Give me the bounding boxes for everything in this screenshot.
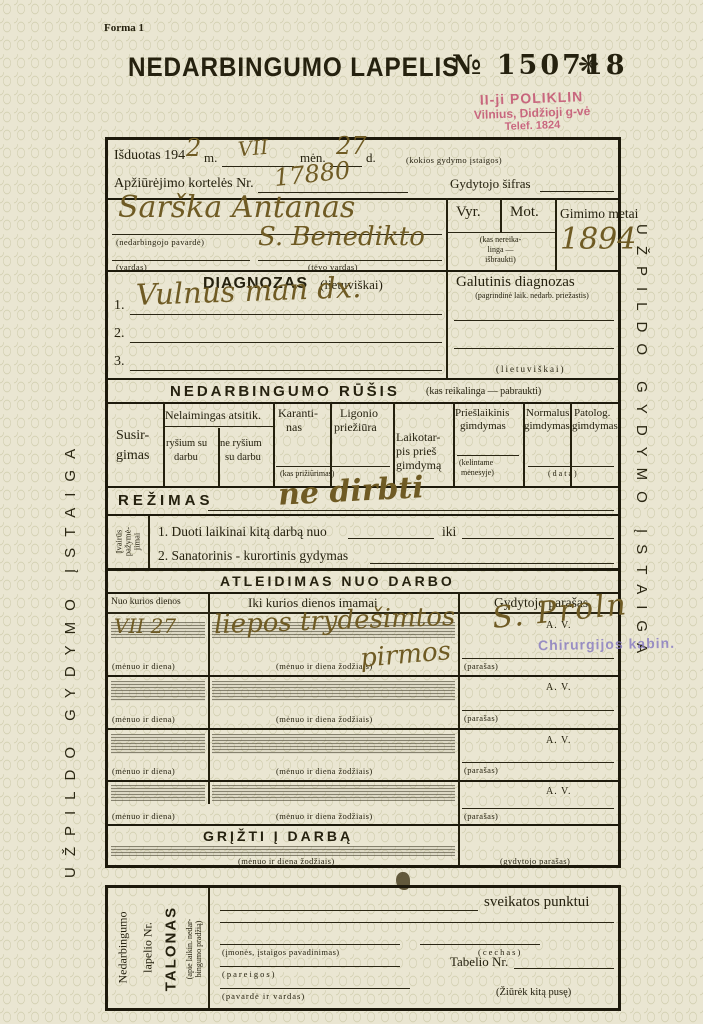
seal-abbrev: A. V. <box>546 682 571 693</box>
quarantine-line2: nas <box>286 420 302 435</box>
side-text-left: UŽPILDO GYDYMO ĮSTAIGA <box>62 242 79 878</box>
female-option: Mot. <box>510 204 539 221</box>
rule <box>163 426 273 427</box>
numero-sign: № <box>452 50 484 81</box>
patient-care-line2: priežiūra <box>334 420 377 435</box>
rule <box>220 922 614 923</box>
institution-note: (kokios gydymo įstaigos) <box>406 155 502 165</box>
snowflake-ornament-icon: ❋ <box>578 50 599 80</box>
company-name-note: (įmonės, įstaigos pavadinimas) <box>222 947 340 957</box>
hatched-field <box>212 681 455 701</box>
illness-cell-line1: Susir- <box>116 428 149 444</box>
rule <box>208 510 614 511</box>
which-month-note-line1: (kelintame <box>459 458 493 467</box>
handwritten-diagnosis: Vulnus man dx. <box>135 270 361 312</box>
not-work-related-line1: ne ryšium <box>220 438 262 449</box>
divider <box>108 780 618 782</box>
month-day-words-note: (mėnuo ir diena žodžiais) <box>276 661 373 671</box>
rule <box>220 988 410 989</box>
seal-abbrev: A. V. <box>546 786 571 797</box>
year-unit-label: m. <box>204 150 217 166</box>
month-day-words-note: (mėnuo ir diena žodžiais) <box>276 714 373 724</box>
rule <box>420 944 540 945</box>
birth-year-label: Gimimo metai <box>560 206 638 222</box>
return-to-work-title: GRĮŽTI Į DARBĄ <box>203 828 353 844</box>
pathological-birth-line2: gimdymas <box>572 420 618 432</box>
rule <box>348 538 434 539</box>
pathological-birth-line1: Patolog. <box>574 407 610 419</box>
rule <box>454 320 614 321</box>
handwritten-day: 27 <box>336 132 367 160</box>
final-diagnosis-note: (pagrindinė laik. nedarb. priežastis) <box>450 291 614 300</box>
talon-side-label1: Nedarbingumo <box>116 889 131 1007</box>
rule <box>462 658 614 659</box>
issued-label: Išduotas 194 <box>114 148 185 164</box>
which-month-note-line2: mėnesyje) <box>461 468 494 477</box>
quarantine-line1: Karanti- <box>278 406 318 421</box>
month-day-note: (mėnuo ir diena) <box>112 714 175 724</box>
handwritten-from-date: VII 27 <box>114 614 176 638</box>
signature-note: (parašas) <box>464 713 498 723</box>
incapacity-type-title: NEDARBINGUMO RŪŠIS <box>170 383 400 400</box>
divider <box>108 592 618 594</box>
hatched-field <box>111 681 205 701</box>
talon-title: TALONAS <box>163 890 180 1008</box>
rule <box>370 563 614 564</box>
divider <box>108 824 618 826</box>
final-diagnosis-title: Galutinis diagnozas <box>456 274 575 291</box>
rule <box>540 191 614 192</box>
handwritten-father-name: S. Benedikto <box>258 222 425 252</box>
divider <box>273 402 275 486</box>
health-point-label: sveikatos punktui <box>484 894 589 911</box>
final-diagnosis-foot: (lietuviškai) <box>496 364 566 374</box>
until-label: iki <box>442 524 456 540</box>
not-work-related-line2: su darbu <box>225 452 261 463</box>
signature-note: (parašas) <box>464 661 498 671</box>
strike-out-note: (kas nereika- linga — išbraukti) <box>446 235 555 265</box>
hatched-field <box>111 785 205 801</box>
rule <box>457 455 519 456</box>
signature-note: (parašas) <box>464 765 498 775</box>
position-note: (pareigos) <box>222 969 276 979</box>
from-day-column-header: Nuo kurios dienos <box>111 597 181 607</box>
handwritten-birth-year: 1894 <box>560 222 636 257</box>
work-related-line1: ryšium su <box>166 438 207 449</box>
divider <box>208 592 210 804</box>
rule <box>454 348 614 349</box>
sanatorium-line: 2. Sanatorinis - kurortinis gydymas <box>158 548 348 564</box>
talon-box: Nedarbingumo lapelio Nr. TALONAS (apie l… <box>105 885 621 1011</box>
handwritten-until-date-2: pirmos <box>359 636 452 674</box>
hatched-field <box>111 734 205 754</box>
handwritten-surname: Sarška Antanas <box>118 190 355 225</box>
premature-birth-line1: Priešlaikinis <box>455 407 509 419</box>
hatched-field <box>212 785 455 801</box>
divider <box>108 514 618 516</box>
divider <box>108 568 618 571</box>
rule <box>130 370 442 371</box>
month-day-note: (mėnuo ir diena) <box>112 811 175 821</box>
pre-birth-line1: Laikotar- <box>396 430 440 445</box>
divider <box>108 402 618 404</box>
patient-care-line1: Ligonio <box>340 406 378 421</box>
divider <box>108 675 618 677</box>
talon-side-note-line2: bingumo pradžią) <box>194 890 203 1008</box>
divider <box>148 516 150 568</box>
strike-note-line3: išbraukti) <box>446 255 555 265</box>
illness-cell-line2: gimas <box>116 448 149 464</box>
divider <box>500 198 502 232</box>
rule <box>446 232 557 233</box>
doctor-signature-note: (gydytojo parašas) <box>500 856 570 866</box>
document-number-value: 150718 <box>497 50 628 81</box>
diagnosis-line3-number: 3. <box>114 354 125 370</box>
premature-birth-line2: gimdymas <box>460 420 506 432</box>
other-work-line: 1. Duoti laikinai kitą darbą nuo <box>158 524 327 540</box>
divider <box>208 888 210 1008</box>
talon-side-note: (apie laikin. nedar- bingumo pradžią) <box>185 890 203 1008</box>
handwritten-card-number: 17880 <box>273 156 352 192</box>
surgery-cabinet-stamp: Chirurgijos kabin. <box>538 635 675 653</box>
strike-note-line1: (kas nereika- <box>446 235 555 245</box>
surname-note: (nedarbingojo pavardė) <box>116 237 204 247</box>
month-day-words-note: (mėnuo ir diena žodžiais) <box>238 856 335 866</box>
doctor-cipher-label: Gydytojo šifras <box>450 176 531 192</box>
day-unit-label: d. <box>366 150 376 166</box>
incapacity-type-note: (kas reikalinga — pabraukti) <box>426 386 541 397</box>
normal-birth-line2: gimdymas <box>524 420 570 432</box>
rule <box>220 966 400 967</box>
rule <box>462 762 614 763</box>
main-form-box: Išduotas 194 2 m. VII mėn. 27 d. (kokios… <box>105 137 621 868</box>
normal-birth-line1: Normalus <box>526 407 569 419</box>
surname-firstname-note: (pavardė ir vardas) <box>222 991 305 1001</box>
rule <box>528 466 614 467</box>
divider <box>218 428 220 486</box>
divider <box>108 728 618 730</box>
talon-side-label2: lapelio Nr. <box>141 889 156 1007</box>
regimen-label: REŽIMAS <box>118 492 214 509</box>
rule <box>258 260 442 261</box>
see-other-side-note: (Žiūrėk kitą pusę) <box>496 987 571 998</box>
diagnosis-line1-number: 1. <box>114 298 125 314</box>
month-day-note: (mėnuo ir diena) <box>112 661 175 671</box>
handwritten-year: 2 <box>186 134 201 162</box>
rule <box>220 910 478 911</box>
month-day-words-note: (mėnuo ir diena žodžiais) <box>276 766 373 776</box>
month-day-words-note: (mėnuo ir diena žodžiais) <box>276 811 373 821</box>
rule <box>276 466 390 467</box>
month-day-note: (mėnuo ir diena) <box>112 766 175 776</box>
accident-header: Nelaimingas atsitik. <box>165 408 261 423</box>
page-title: NEDARBINGUMO LAPELIS <box>128 52 459 83</box>
divider <box>108 378 618 380</box>
various-notes-line3: jimai <box>133 512 142 572</box>
divider <box>108 270 618 272</box>
rule <box>220 944 400 945</box>
rule <box>462 808 614 809</box>
talon-side-note-line1: (apie laikin. nedar- <box>185 890 194 1008</box>
document-number: № 150718 <box>452 50 628 81</box>
hatched-field <box>111 846 455 856</box>
rule <box>130 342 442 343</box>
release-from-work-title: ATLEIDIMAS NUO DARBO <box>220 573 455 589</box>
divider <box>523 402 525 486</box>
side-text-right: UŽPILDO GYDYMO ĮSTAIGA <box>633 224 650 880</box>
rule <box>514 968 614 969</box>
timesheet-number-label: Tabelio Nr. <box>450 954 508 970</box>
divider <box>555 198 557 270</box>
document-page: UŽPILDO GYDYMO ĮSTAIGA UŽPILDO GYDYMO ĮS… <box>0 0 703 1024</box>
seal-abbrev: A. V. <box>546 735 571 746</box>
hatched-field <box>212 734 455 754</box>
various-notes-side-label: Įvairūs pažymė- jimai <box>115 512 142 572</box>
clinic-stamp: II-ji POLIKLIN Vilnius, Didžioji g-vė Te… <box>436 87 627 136</box>
work-related-line2: darbu <box>174 452 198 463</box>
male-option: Vyr. <box>456 204 481 221</box>
pre-birth-line2: pis prieš <box>396 444 436 459</box>
signature-note: (parašas) <box>464 811 498 821</box>
date-note: (data) <box>548 469 579 478</box>
rule <box>112 260 250 261</box>
handwritten-regimen: ne dirbti <box>277 470 424 513</box>
diagnosis-line2-number: 2. <box>114 326 125 342</box>
rule <box>462 710 614 711</box>
form-number-label: Forma 1 <box>104 22 144 34</box>
strike-note-line2: linga — <box>446 245 555 255</box>
divider <box>446 272 448 378</box>
rule <box>130 314 442 315</box>
rule <box>462 538 614 539</box>
handwritten-month: VII <box>237 135 269 162</box>
